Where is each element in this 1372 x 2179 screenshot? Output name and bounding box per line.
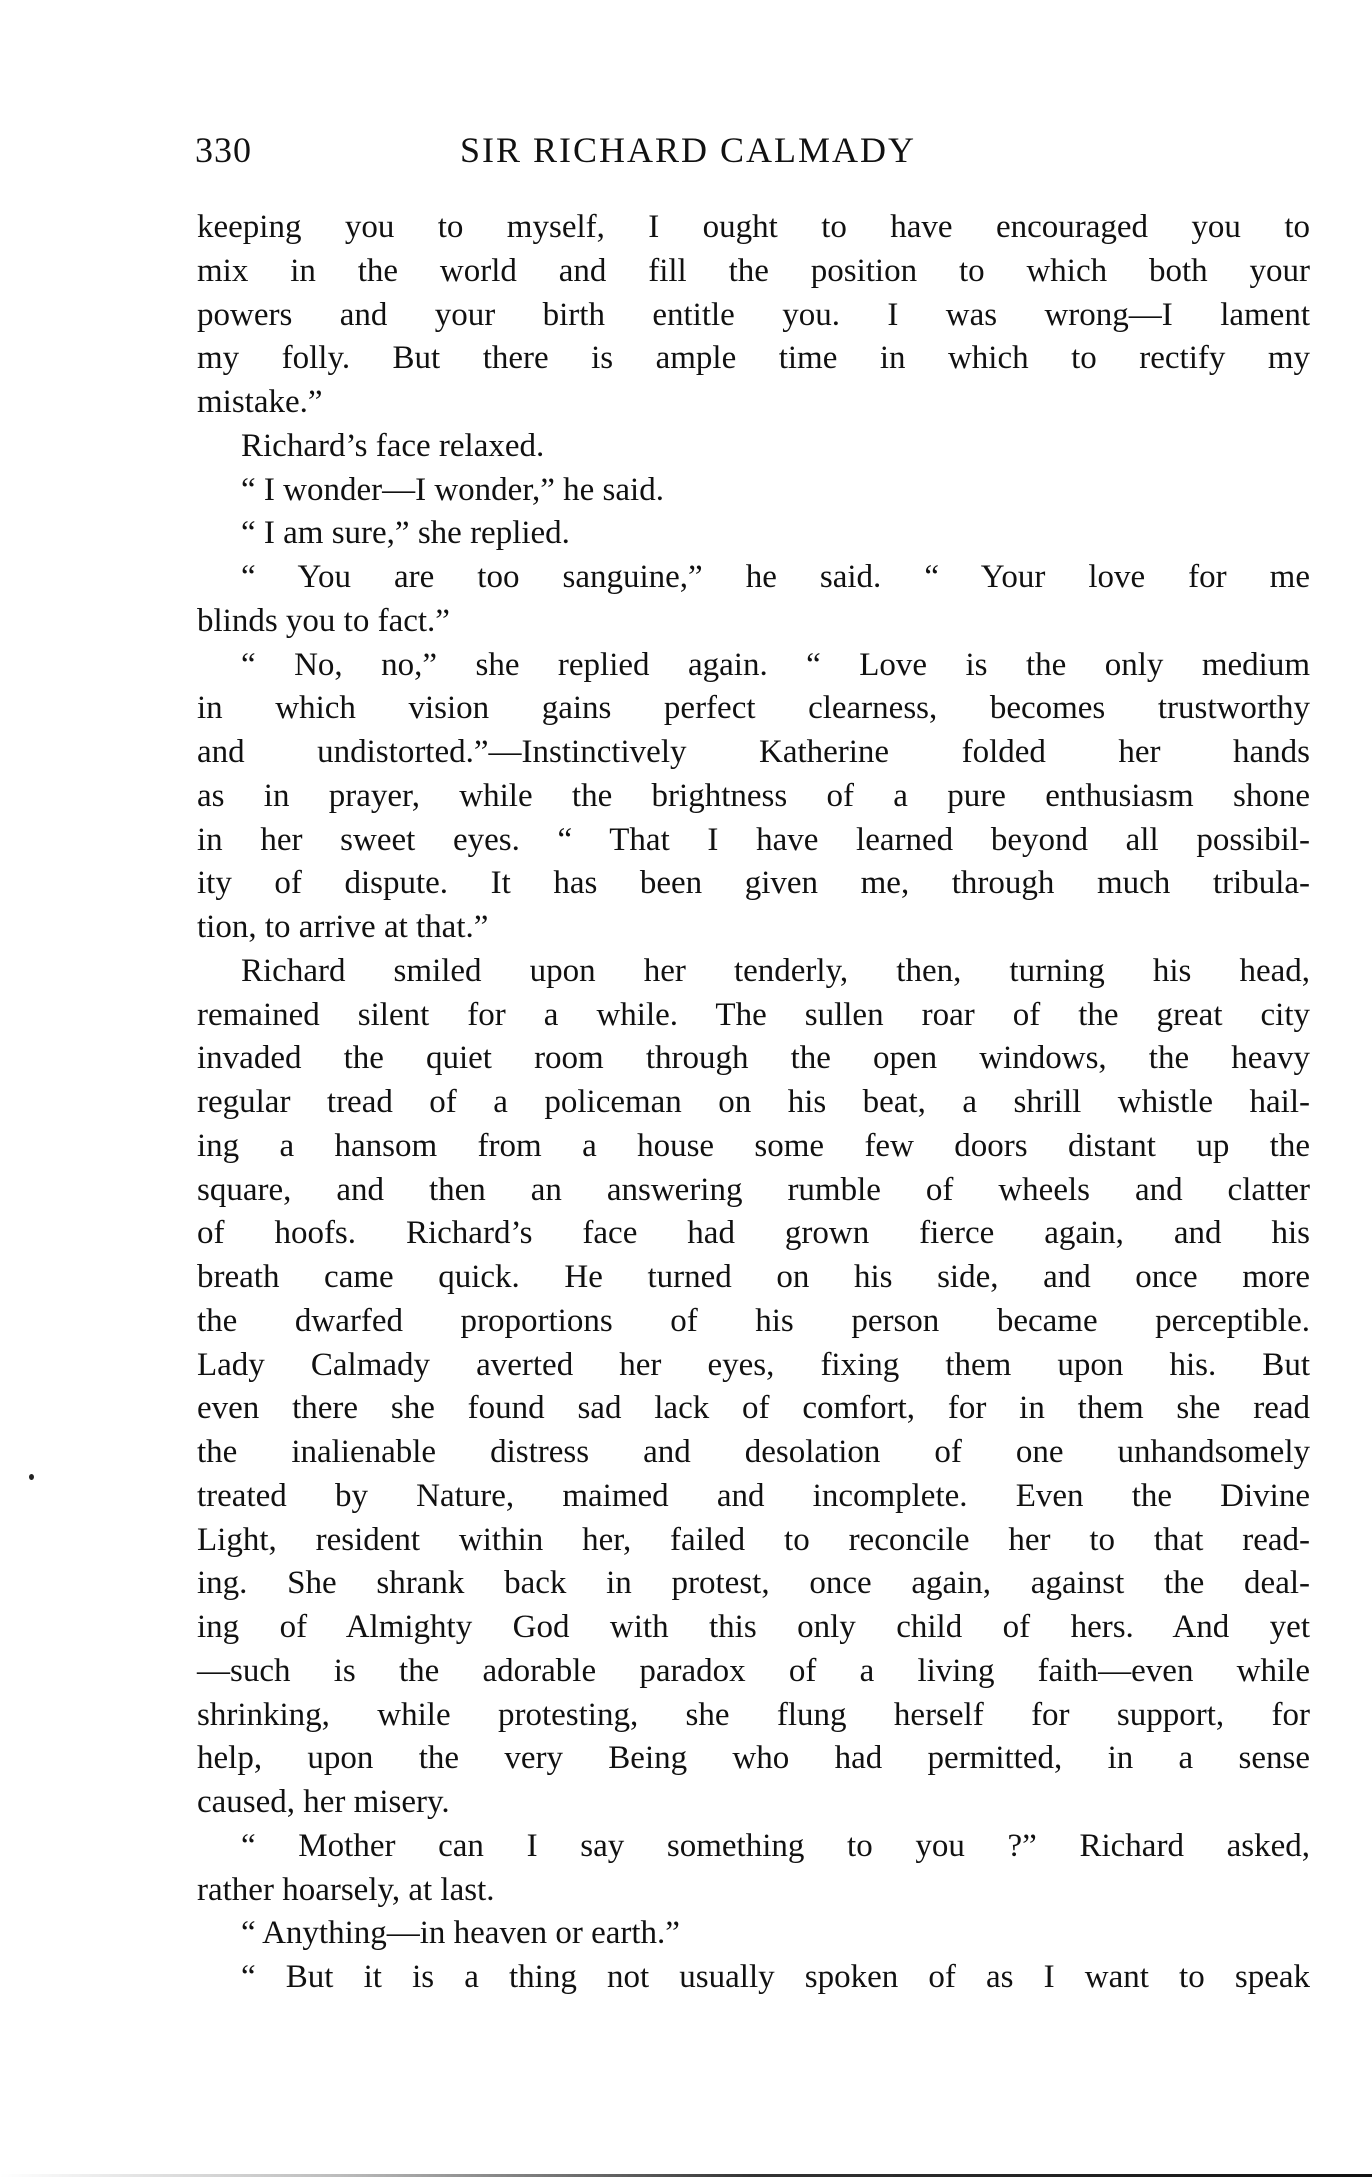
text-line: “ Anything—in heaven or earth.” <box>197 1912 1310 1956</box>
text-line: remained silent for a while. The sullen … <box>197 994 1310 1038</box>
body-text: keeping you to myself, I ought to have e… <box>197 206 1310 2000</box>
text-line: ing. She shrank back in protest, once ag… <box>197 1562 1310 1606</box>
text-line: shrinking, while protesting, she flung h… <box>197 1694 1310 1738</box>
book-page: 330 SIR RICHARD CALMADY keeping you to m… <box>0 0 1372 2179</box>
text-line: caused, her misery. <box>197 1781 1310 1825</box>
text-line: square, and then an answering rumble of … <box>197 1169 1310 1213</box>
text-line: “ No, no,” she replied again. “ Love is … <box>197 644 1310 688</box>
text-line: rather hoarsely, at last. <box>197 1869 1310 1913</box>
text-line: tion, to arrive at that.” <box>197 906 1310 950</box>
text-line: the inalienable distress and desolation … <box>197 1431 1310 1475</box>
text-line: regular tread of a policeman on his beat… <box>197 1081 1310 1125</box>
text-line: of hoofs. Richard’s face had grown fierc… <box>197 1212 1310 1256</box>
text-line: “ You are too sanguine,” he said. “ Your… <box>197 556 1310 600</box>
text-line: Richard’s face relaxed. <box>197 425 1310 469</box>
text-line: ing of Almighty God with this only child… <box>197 1606 1310 1650</box>
text-line: blinds you to fact.” <box>197 600 1310 644</box>
text-line: the dwarfed proportions of his person be… <box>197 1300 1310 1344</box>
scan-speck <box>29 1474 34 1480</box>
text-line: in her sweet eyes. “ That I have learned… <box>197 819 1310 863</box>
text-line: Light, resident within her, failed to re… <box>197 1519 1310 1563</box>
text-line: treated by Nature, maimed and incomplete… <box>197 1475 1310 1519</box>
text-line: my folly. But there is ample time in whi… <box>197 337 1310 381</box>
text-line: “ I wonder—I wonder,” he said. <box>197 469 1310 513</box>
text-line: invaded the quiet room through the open … <box>197 1037 1310 1081</box>
page-bottom-edge <box>0 2174 1372 2177</box>
text-line: ing a hansom from a house some few doors… <box>197 1125 1310 1169</box>
text-line: keeping you to myself, I ought to have e… <box>197 206 1310 250</box>
running-title: SIR RICHARD CALMADY <box>460 128 916 172</box>
text-line: powers and your birth entitle you. I was… <box>197 294 1310 338</box>
running-header: 330 SIR RICHARD CALMADY <box>195 128 1310 172</box>
text-line: “ I am sure,” she replied. <box>197 512 1310 556</box>
text-line: and undistorted.”—Instinctively Katherin… <box>197 731 1310 775</box>
text-line: breath came quick. He turned on his side… <box>197 1256 1310 1300</box>
text-line: in which vision gains perfect clearness,… <box>197 687 1310 731</box>
text-line: —such is the adorable paradox of a livin… <box>197 1650 1310 1694</box>
text-line: help, upon the very Being who had permit… <box>197 1737 1310 1781</box>
page-number: 330 <box>195 128 252 172</box>
text-line: Lady Calmady averted her eyes, fixing th… <box>197 1344 1310 1388</box>
text-line: mistake.” <box>197 381 1310 425</box>
text-line: ity of dispute. It has been given me, th… <box>197 862 1310 906</box>
text-line: even there she found sad lack of comfort… <box>197 1387 1310 1431</box>
text-line: “ Mother can I say something to you ?” R… <box>197 1825 1310 1869</box>
text-line: as in prayer, while the brightness of a … <box>197 775 1310 819</box>
text-line: Richard smiled upon her tenderly, then, … <box>197 950 1310 994</box>
text-line: mix in the world and fill the position t… <box>197 250 1310 294</box>
text-line: “ But it is a thing not usually spoken o… <box>197 1956 1310 2000</box>
